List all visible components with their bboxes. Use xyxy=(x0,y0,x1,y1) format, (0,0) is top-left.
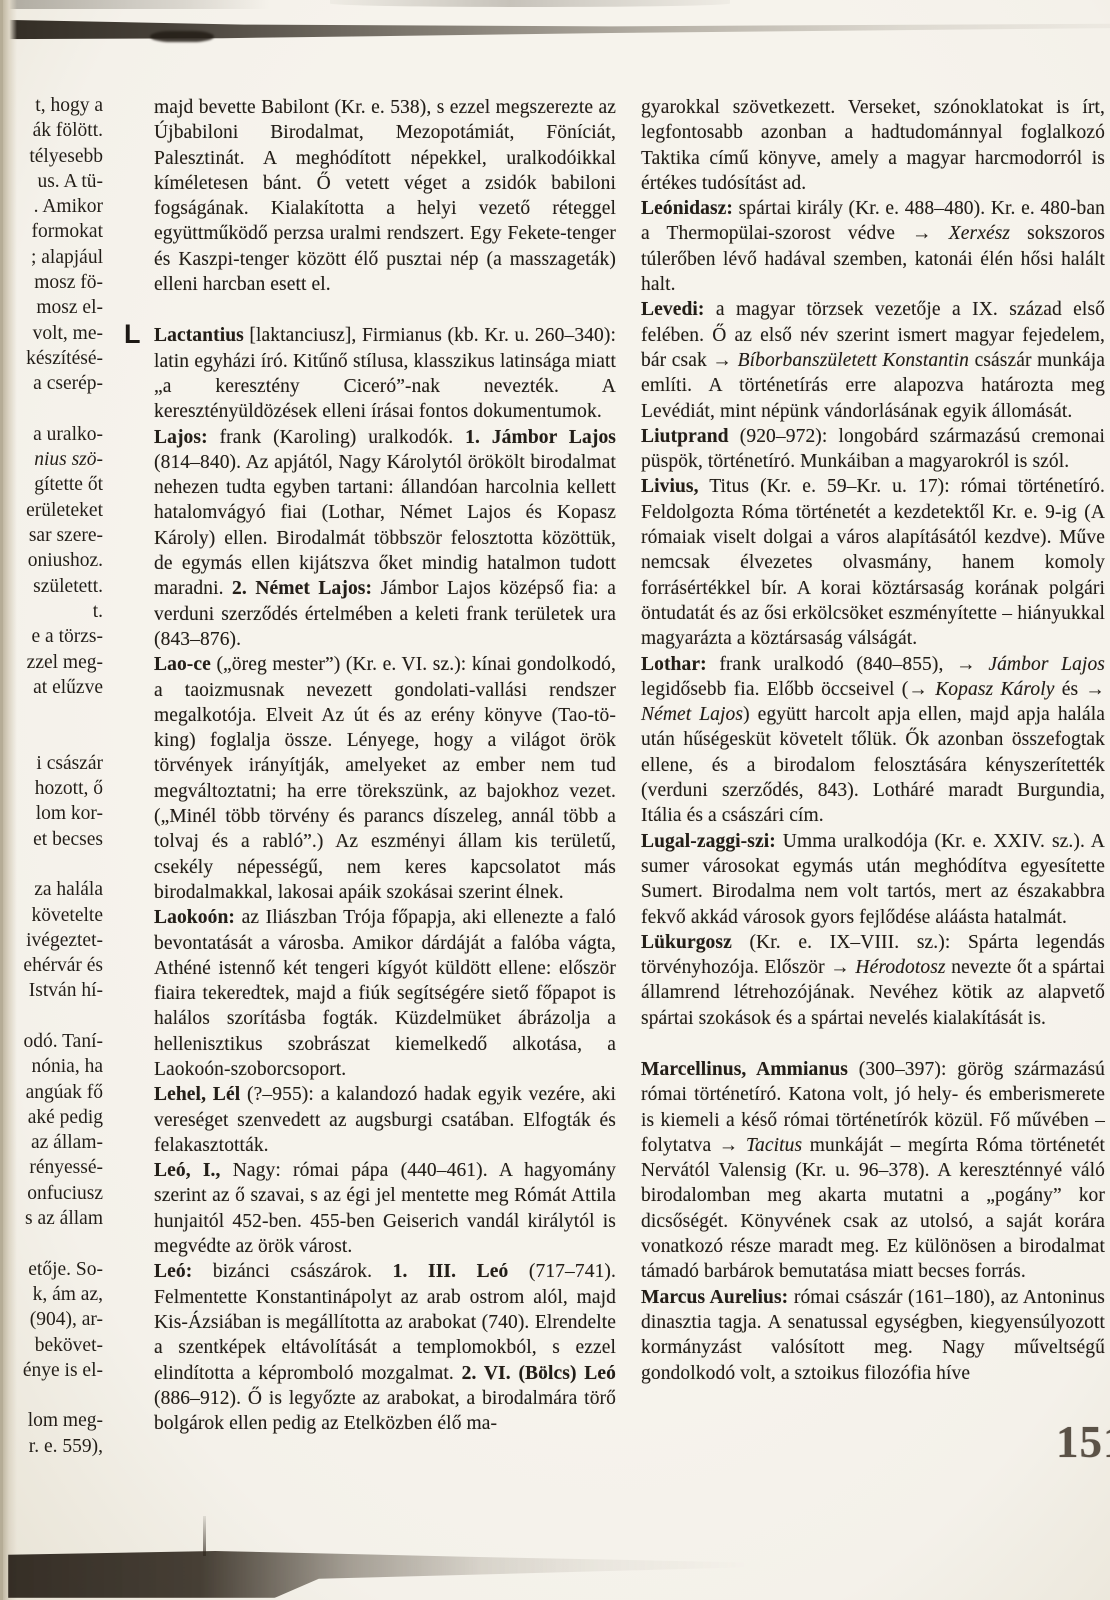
margin-fragment-line: erületeket xyxy=(0,498,106,523)
dictionary-entry: gyarokkal szövetkezett. Verseket, szónok… xyxy=(641,95,1105,196)
margin-fragment-line: oniushoz. xyxy=(0,548,106,573)
entry-text-segment: Német Lajos xyxy=(641,704,743,725)
entry-text-segment: 1. Jámbor Lajos xyxy=(465,427,616,448)
entry-text-segment: Jámbor Lajos xyxy=(988,654,1105,675)
entry-headword: Lajos: xyxy=(154,427,208,448)
entry-headword: Lactantius xyxy=(154,325,244,346)
entry-headword: Livius, xyxy=(641,476,699,497)
dictionary-entry: Lactantius [laktanciusz], Firmianus (kb.… xyxy=(154,323,616,424)
margin-fragment-line: za halála xyxy=(0,877,106,902)
margin-fragment-line: t. xyxy=(0,599,106,624)
margin-fragment-line: e a törzs- xyxy=(0,624,106,649)
margin-fragment-line xyxy=(0,852,106,877)
entry-text-segment: és → xyxy=(1055,679,1106,700)
scan-artifact-bottom-spike xyxy=(203,1516,206,1556)
dictionary-entry: Laokoón: az Iliászban Trója főpapja, aki… xyxy=(154,905,616,1082)
margin-fragment-line: hozott, ő xyxy=(0,776,106,801)
scan-artifact-top-knot xyxy=(150,31,214,42)
dictionary-entry: Leó: bizánci császárok. 1. III. Leó (717… xyxy=(154,1259,616,1436)
entry-text-segment: frank uralkodó (840–855), → xyxy=(707,654,989,675)
margin-fragment-line xyxy=(0,725,106,750)
dictionary-entry: Livius, Titus (Kr. e. 59–Kr. u. 17): róm… xyxy=(641,474,1105,651)
margin-fragment-line: zzel meg- xyxy=(0,650,106,675)
entry-text-segment: Tacitus xyxy=(746,1135,802,1156)
right-column: gyarokkal szövetkezett. Verseket, szónok… xyxy=(641,95,1105,1386)
entry-text-segment: Xerxész xyxy=(949,223,1010,244)
dictionary-entry: Lugal-zaggi-szi: Umma uralkodója (Kr. e.… xyxy=(641,829,1105,930)
entry-headword: Marcus Aurelius: xyxy=(641,1287,788,1308)
entry-headword: Lothar: xyxy=(641,654,707,675)
margin-fragment-line: onfuciusz xyxy=(0,1181,106,1206)
margin-fragment-line: sar szere- xyxy=(0,523,106,548)
entry-headword: Leó: xyxy=(154,1261,192,1282)
scan-artifact-bottom-smudge xyxy=(8,1550,748,1598)
left-column: majd bevette Babilont (Kr. e. 538), s ez… xyxy=(154,95,616,1436)
margin-fragment-line: i császár xyxy=(0,751,106,776)
page-number: 151 xyxy=(1056,1416,1110,1468)
scan-artifact-top-left-smear xyxy=(0,0,270,9)
dictionary-entry: Leó, I., Nagy: római pápa (440–461). A h… xyxy=(154,1158,616,1259)
entry-text-segment: az Iliászban Trója főpapja, aki ellenezt… xyxy=(154,907,616,1080)
entry-text-segment: Hérodotosz xyxy=(855,957,945,978)
entry-headword: Marcellinus, Ammianus xyxy=(641,1059,848,1080)
entry-text-segment: munkáját – megírta Róma történetét Nervá… xyxy=(641,1135,1105,1282)
entry-headword: Liutprand xyxy=(641,426,729,447)
margin-fragment-line: etője. So- xyxy=(0,1257,106,1282)
dictionary-entry: Leónidasz: spártai király (Kr. e. 488–48… xyxy=(641,196,1105,297)
margin-fragment-line: . Amikor xyxy=(0,194,106,219)
entry-headword: Levedi: xyxy=(641,299,705,320)
section-letter-marker: L xyxy=(124,319,141,350)
entry-text-segment: legidősebb fia. Előbb öccseivel (→ xyxy=(641,679,935,700)
margin-fragment-line: odó. Taní- xyxy=(0,1029,106,1054)
margin-fragment-line: ák fölött. xyxy=(0,118,106,143)
margin-fragment-line: nónia, ha xyxy=(0,1054,106,1079)
dictionary-entry: Levedi: a magyar törzsek vezetője a IX. … xyxy=(641,297,1105,423)
margin-fragment-line: us. A tü- xyxy=(0,169,106,194)
margin-fragment-line: készítésé- xyxy=(0,346,106,371)
entry-headword: Lehel, Lél xyxy=(154,1084,240,1105)
margin-fragment-line: formokat xyxy=(0,219,106,244)
entry-text-segment: 2. VI. (Bölcs) Leó xyxy=(462,1363,616,1384)
margin-fragment-line: énye is el- xyxy=(0,1358,106,1383)
margin-fragment-line: rényessé- xyxy=(0,1155,106,1180)
margin-fragment-line: aké pedig xyxy=(0,1105,106,1130)
entry-text-segment: gyarokkal szövetkezett. Verseket, szónok… xyxy=(641,97,1105,194)
margin-fragment-line: t, hogy a xyxy=(0,93,106,118)
margin-fragment-line: a uralko- xyxy=(0,422,106,447)
margin-fragment-line: ivégeztet- xyxy=(0,928,106,953)
margin-fragment-line: mosz el- xyxy=(0,295,106,320)
margin-fragment-line: at elűzve xyxy=(0,675,106,700)
margin-fragment-line: nius szö- xyxy=(0,447,106,472)
entry-headword: Lükurgosz xyxy=(641,932,732,953)
margin-fragment-line: k, ám az, xyxy=(0,1282,106,1307)
entry-text-segment: frank (Karoling) uralkodók. xyxy=(208,427,465,448)
margin-fragment-line: angúak fő xyxy=(0,1080,106,1105)
entry-text-segment: Titus (Kr. e. 59–Kr. u. 17): római törté… xyxy=(641,476,1105,649)
margin-fragment-line: követelte xyxy=(0,903,106,928)
margin-fragment-line: az állam- xyxy=(0,1130,106,1155)
margin-fragment-line xyxy=(0,1383,106,1408)
margin-fragment-line: (904), ar- xyxy=(0,1307,106,1332)
entry-text-segment: Kopasz Károly xyxy=(935,679,1054,700)
entry-text-segment: bizánci császárok. xyxy=(192,1261,392,1282)
margin-fragment-line: István hí- xyxy=(0,978,106,1003)
margin-fragment-line xyxy=(0,700,106,725)
entry-text-segment: Bíborbanszületett Konstantin xyxy=(738,350,969,371)
margin-fragment-line xyxy=(0,397,106,422)
entry-text-segment: (886–912). Ő is legyőzte az arabokat, a … xyxy=(154,1388,616,1434)
entry-headword: Leónidasz: xyxy=(641,198,733,219)
margin-fragment-line: bekövet- xyxy=(0,1333,106,1358)
left-margin-fragments: t, hogy aák fölött.télyesebbus. A tü-. A… xyxy=(0,93,106,1459)
entry-text-segment: Nagy: római pápa (440–461). A hagyomány … xyxy=(154,1160,616,1257)
dictionary-entry: Liutprand (920–972): longobárd származás… xyxy=(641,424,1105,475)
dictionary-entry: Lükurgosz (Kr. e. IX–VIII. sz.): Spárta … xyxy=(641,930,1105,1031)
entry-headword: Laokoón: xyxy=(154,907,235,928)
margin-fragment-line: gítette őt xyxy=(0,472,106,497)
dictionary-entry: Lajos: frank (Karoling) uralkodók. 1. Já… xyxy=(154,425,616,653)
entry-text-segment: („öreg mester”) (Kr. e. VI. sz.): kínai … xyxy=(154,654,616,903)
margin-fragment-line: télyesebb xyxy=(0,144,106,169)
margin-fragment-line: lom kor- xyxy=(0,801,106,826)
entry-text-segment: 2. Német Lajos: xyxy=(232,578,372,599)
margin-fragment-line: r. e. 559), xyxy=(0,1434,106,1459)
dictionary-entry: Lao-ce („öreg mester”) (Kr. e. VI. sz.):… xyxy=(154,652,616,905)
margin-fragment-line: született. xyxy=(0,574,106,599)
entry-headword: Lugal-zaggi-szi: xyxy=(641,831,776,852)
margin-fragment-line: a cserép- xyxy=(0,371,106,396)
dictionary-entry: majd bevette Babilont (Kr. e. 538), s ez… xyxy=(154,95,616,297)
dictionary-entry: Marcus Aurelius: római császár (161–180)… xyxy=(641,1285,1105,1386)
margin-fragment-line: mosz fö- xyxy=(0,270,106,295)
entry-text-segment: 1. III. Leó xyxy=(393,1261,509,1282)
margin-fragment-line: ehérvár és xyxy=(0,953,106,978)
dictionary-entry: Marcellinus, Ammianus (300–397): görög s… xyxy=(641,1057,1105,1285)
margin-fragment-line: ; alapjául xyxy=(0,245,106,270)
entry-text-segment: majd bevette Babilont (Kr. e. 538), s ez… xyxy=(154,97,616,295)
margin-fragment-line xyxy=(0,1004,106,1029)
scanned-page: t, hogy aák fölött.télyesebbus. A tü-. A… xyxy=(0,0,1110,1600)
margin-fragment-line: lom meg- xyxy=(0,1408,106,1433)
scan-artifact-top-mid-smear xyxy=(330,0,730,7)
margin-fragment-line: volt, me- xyxy=(0,321,106,346)
entry-headword: Leó, I., xyxy=(154,1160,221,1181)
entry-headword: Lao-ce xyxy=(154,654,211,675)
margin-fragment-line xyxy=(0,1231,106,1256)
dictionary-entry: Lothar: frank uralkodó (840–855), → Jámb… xyxy=(641,652,1105,829)
dictionary-entry: Lehel, Lél (?–955): a kalandozó hadak eg… xyxy=(154,1082,616,1158)
margin-fragment-line: et becses xyxy=(0,827,106,852)
margin-fragment-line: s az állam xyxy=(0,1206,106,1231)
